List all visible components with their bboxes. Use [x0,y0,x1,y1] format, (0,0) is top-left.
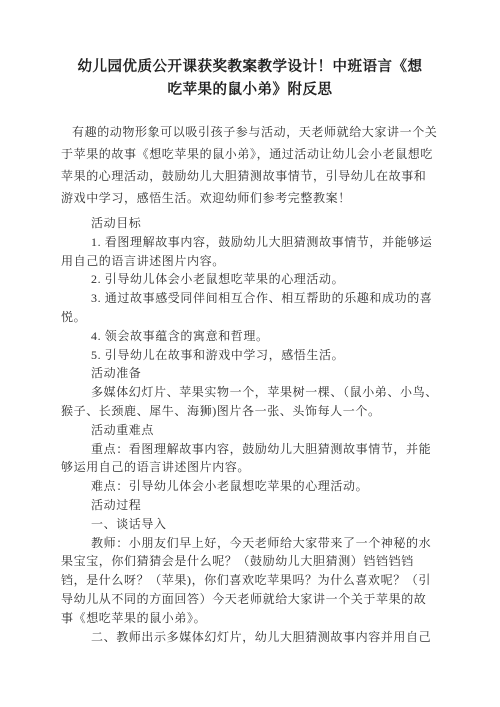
document-line: 二、教师出示多媒体幻灯片，幼儿大胆猜测故事内容并用自己 [61,628,460,647]
document-line: 铛，是什么呀？（苹果)，你们喜欢吃苹果吗？为什么喜欢呢？（引 [61,571,460,590]
document-line: 一、谈话导入 [61,515,460,534]
document-line: 悦。 [61,308,460,327]
document-line: 导幼儿从不同的方面回答）今天老师就给大家讲一个关于苹果的故 [61,590,460,609]
document-line: 于苹果的故事《想吃苹果的鼠小弟》，通过活动让幼儿会小老鼠想吃 [61,143,460,165]
document-line: 有趣的动物形象可以吸引孩子参与活动，天老师就给大家讲一个关 [61,121,460,143]
document-title: 幼儿园优质公开课获奖教案教学设计！中班语言《想 吃苹果的鼠小弟》附反思 [40,56,460,102]
document-line: 事《想吃苹果的鼠小弟》。 [61,609,460,628]
document-line: 用自己的语言讲述图片内容。 [61,252,460,271]
title-line-2: 吃苹果的鼠小弟》附反思 [40,79,460,102]
document-line: 难点：引导幼儿体会小老鼠想吃苹果的心理活动。 [61,477,460,496]
document-line: 苹果的心理活动，鼓励幼儿大胆猜测故事情节，引导幼儿在故事和 [61,165,460,187]
document-line: 2. 引导幼儿体会小老鼠想吃苹果的心理活动。 [61,270,460,289]
document-line: 游戏中学习，感悟生活。欢迎幼师们参考完整教案！ [61,187,460,209]
document-line: 3. 通过故事感受同伴间相互合作、相互帮助的乐趣和成功的喜 [61,289,460,308]
document-line: 多媒体幻灯片、苹果实物一个，苹果树一棵、（鼠小弟、小鸟、 [61,383,460,402]
document-page: 幼儿园优质公开课获奖教案教学设计！中班语言《想 吃苹果的鼠小弟》附反思 有趣的动… [0,0,500,707]
document-line: 够运用自己的语言讲述图片内容。 [61,458,460,477]
document-line: 5. 引导幼儿在故事和游戏中学习，感悟生活。 [61,346,460,365]
document-line: 活动目标 [61,214,460,233]
title-line-1: 幼儿园优质公开课获奖教案教学设计！中班语言《想 [40,56,460,79]
intro-paragraph: 有趣的动物形象可以吸引孩子参与活动，天老师就给大家讲一个关于苹果的故事《想吃苹果… [61,121,460,209]
document-line: 果宝宝，你们猜猜会是什么呢？（鼓励幼儿大胆猜测）铛铛铛铛 [61,552,460,571]
document-line: 猴子、长颈鹿、犀牛、海狮)图片各一张、头饰每人一个。 [61,402,460,421]
document-line: 重点：看图理解故事内容，鼓励幼儿大胆猜测故事情节，并能 [61,440,460,459]
document-line: 活动准备 [61,364,460,383]
document-line: 教师：小朋友们早上好，今天老师给大家带来了一个神秘的水 [61,534,460,553]
document-line: 活动过程 [61,496,460,515]
document-line: 4. 领会故事蕴含的寓意和哲理。 [61,327,460,346]
document-line: 1. 看图理解故事内容，鼓励幼儿大胆猜测故事情节，并能够运 [61,233,460,252]
document-body: 活动目标1. 看图理解故事内容，鼓励幼儿大胆猜测故事情节，并能够运用自己的语言讲… [61,214,460,646]
document-line: 活动重难点 [61,421,460,440]
